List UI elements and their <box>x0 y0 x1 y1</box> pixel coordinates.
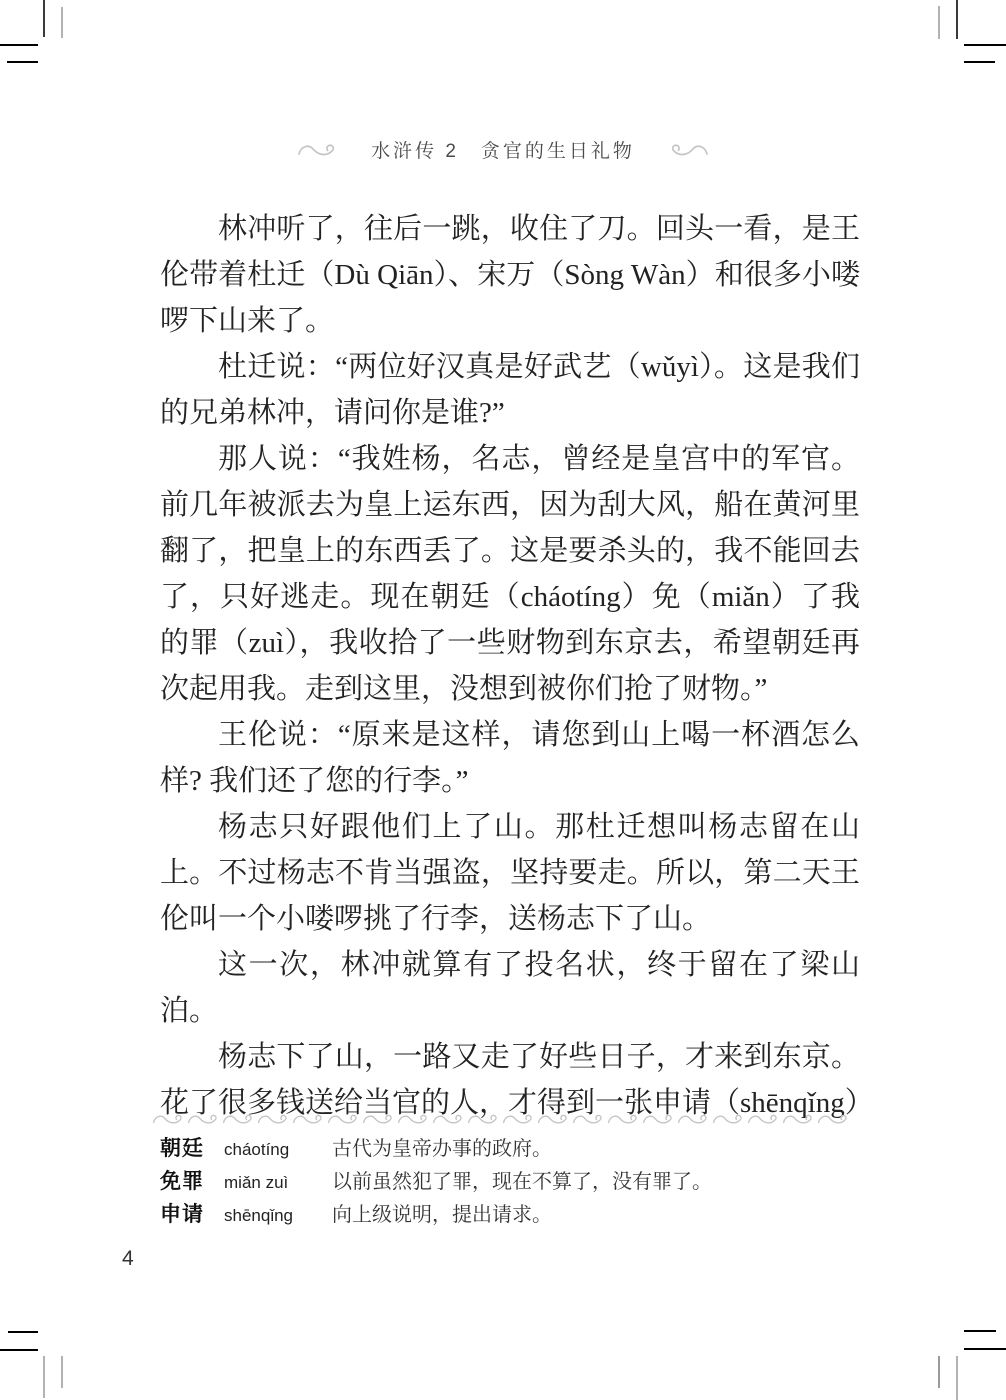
book-page: 水浒传 2 贪官的生日礼物 林冲听了，往后一跳，收住了刀。回头一看，是王伦带着杜… <box>0 0 1006 1400</box>
footnote-definition: 向上级说明，提出请求。 <box>332 1198 870 1227</box>
vocabulary-footnotes: 朝廷 cháotíng 古代为皇帝办事的政府。 免罪 miǎn zuì 以前虽然… <box>160 1132 870 1231</box>
crop-mark-top-left-h2 <box>7 61 38 63</box>
crop-mark-top-left-h1 <box>0 44 38 46</box>
story-paragraph: 杜迁说：“两位好汉真是好武艺（wǔyì）。这是我们的兄弟林冲，请问你是谁?” <box>160 344 860 436</box>
footnote-term: 申请 <box>160 1198 224 1228</box>
story-paragraph: 这一次，林冲就算有了投名状，终于留在了梁山泊。 <box>160 942 860 1034</box>
footnote-row: 朝廷 cháotíng 古代为皇帝办事的政府。 <box>160 1132 870 1165</box>
crop-mark-top-right-v1 <box>938 6 940 39</box>
footnote-term: 免罪 <box>160 1165 224 1195</box>
crop-mark-bottom-left-h2 <box>0 1349 38 1351</box>
footnote-row: 申请 shēnqǐng 向上级说明，提出请求。 <box>160 1198 870 1231</box>
crop-mark-bottom-left-v2 <box>61 1356 63 1388</box>
story-paragraph: 那人说：“我姓杨，名志，曾经是皇宫中的军官。前几年被派去为皇上运东西，因为刮大风… <box>160 436 860 712</box>
story-paragraph: 王伦说：“原来是这样，请您到山上喝一杯酒怎么样? 我们还了您的行李。” <box>160 712 860 804</box>
footnote-pinyin: cháotíng <box>224 1140 332 1160</box>
footnote-pinyin: miǎn zuì <box>224 1173 332 1193</box>
footnote-divider-ornament <box>152 1110 858 1128</box>
story-text: 林冲听了，往后一跳，收住了刀。回头一看，是王伦带着杜迁（Dù Qiān）、宋万（… <box>160 206 860 1126</box>
crop-mark-bottom-right-h2 <box>964 1348 1006 1350</box>
crop-mark-bottom-right-v1 <box>938 1356 940 1388</box>
crop-mark-bottom-left-v1 <box>43 1356 45 1398</box>
chapter-header-title: 水浒传 2 贪官的生日礼物 <box>371 136 635 163</box>
story-paragraph: 杨志只好跟他们上了山。那杜迁想叫杨志留在山上。不过杨志不肯当强盗，坚持要走。所以… <box>160 804 860 942</box>
story-paragraph: 林冲听了，往后一跳，收住了刀。回头一看，是王伦带着杜迁（Dù Qiān）、宋万（… <box>160 206 860 344</box>
divider-swirl-chain-icon <box>152 1110 858 1128</box>
footnote-row: 免罪 miǎn zuì 以前虽然犯了罪，现在不算了，没有罪了。 <box>160 1165 870 1198</box>
crop-mark-bottom-left-h1 <box>8 1331 38 1333</box>
footnote-term: 朝廷 <box>160 1132 224 1162</box>
crop-mark-top-right-h2 <box>964 61 995 63</box>
crop-mark-top-left-v2 <box>61 7 63 38</box>
running-header: 水浒传 2 贪官的生日礼物 <box>0 136 1006 163</box>
header-ornament-left-icon <box>297 141 341 159</box>
crop-mark-bottom-right-h1 <box>964 1330 996 1332</box>
page-number: 4 <box>122 1247 134 1271</box>
footnote-definition: 古代为皇帝办事的政府。 <box>332 1132 870 1161</box>
header-ornament-right-icon <box>665 141 709 159</box>
footnote-definition: 以前虽然犯了罪，现在不算了，没有罪了。 <box>332 1165 870 1194</box>
crop-mark-bottom-right-v2 <box>956 1356 958 1400</box>
crop-mark-top-right-h1 <box>964 44 1006 46</box>
footnote-pinyin: shēnqǐng <box>224 1206 332 1226</box>
crop-mark-top-left-v1 <box>43 0 45 37</box>
crop-mark-top-right-v2 <box>956 0 958 39</box>
